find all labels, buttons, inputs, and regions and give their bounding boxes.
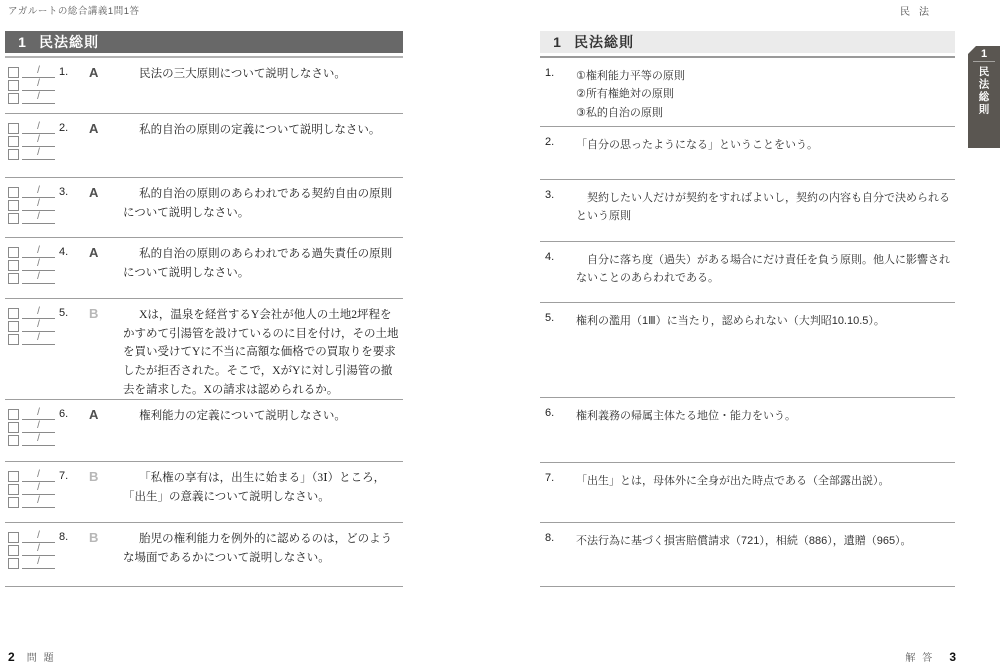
- question-number: 5.: [59, 306, 89, 399]
- attempt-date-line: /: [22, 258, 55, 271]
- attempt-checkbox: [8, 435, 19, 446]
- attempt-date-line: /: [22, 147, 55, 160]
- question-grade: B: [89, 469, 123, 522]
- attempt-date-line: /: [22, 271, 55, 284]
- answer-row: 8. 不法行為に基づく損害賠償請求（721），相続（886），遺贈（965）。: [540, 523, 955, 587]
- page-number-left: 2: [8, 650, 15, 664]
- attempt-checkbox: [8, 93, 19, 104]
- chapter-tab-number: 1: [973, 46, 995, 62]
- questions-page: 1 民法総則 / / / 1. A 民法の三大原則について説明しなさい。 / /…: [5, 31, 403, 587]
- attempt-date-line: /: [22, 543, 55, 556]
- answer-number: 4.: [540, 251, 576, 302]
- question-row: / / / 1. A 民法の三大原則について説明しなさい。: [5, 58, 403, 114]
- attempt-checkboxes: / / /: [5, 407, 59, 461]
- answer-text: 「自分の思ったようになる」ということをいう。: [576, 136, 955, 179]
- answer-number: 7.: [540, 472, 576, 522]
- attempt-checkbox: [8, 558, 19, 569]
- section-header-bar: 1 民法総則: [5, 31, 403, 53]
- question-row: / / / 7. B 「私権の享有は，出生に始まる」（3Ⅰ）ところ，「出生」の意…: [5, 462, 403, 523]
- answer-number: 8.: [540, 532, 576, 586]
- answer-row: 6. 権利義務の帰属主体たる地位・能力をいう。: [540, 398, 955, 463]
- answer-text: 不法行為に基づく損害賠償請求（721），相続（886），遺贈（965）。: [576, 532, 955, 586]
- attempt-date-line: /: [22, 65, 55, 78]
- question-grade: B: [89, 530, 123, 586]
- question-row: / / / 5. B Xは，温泉を経営するY会社が他人の土地2坪程をかすめて引湯…: [5, 299, 403, 400]
- answer-row: 5. 権利の濫用（1Ⅲ）に当たり，認められない（大判昭10.10.5）。: [540, 303, 955, 398]
- question-text: 私的自治の原則の定義について説明しなさい。: [123, 121, 403, 177]
- attempt-checkbox: [8, 67, 19, 78]
- question-grade: B: [89, 306, 123, 399]
- attempt-checkbox: [8, 136, 19, 147]
- attempt-checkbox: [8, 200, 19, 211]
- attempt-checkbox: [8, 260, 19, 271]
- attempt-checkbox: [8, 273, 19, 284]
- question-row: / / / 4. A 私的自治の原則のあらわれである過失責任の原則について説明し…: [5, 238, 403, 299]
- question-number: 1.: [59, 65, 89, 113]
- section-number: 1: [540, 34, 574, 50]
- question-row: / / / 8. B 胎児の権利能力を例外的に認めるのは，どのような場面であるか…: [5, 523, 403, 587]
- question-grade: A: [89, 185, 123, 237]
- attempt-date-line: /: [22, 211, 55, 224]
- attempt-date-line: /: [22, 433, 55, 446]
- attempt-date-line: /: [22, 121, 55, 134]
- question-text: 権利能力の定義について説明しなさい。: [123, 407, 403, 461]
- attempt-checkbox: [8, 123, 19, 134]
- footer-answers: 解答3: [905, 649, 956, 664]
- question-number: 3.: [59, 185, 89, 237]
- answer-number: 3.: [540, 189, 576, 241]
- page-number-right: 3: [949, 650, 956, 664]
- attempt-date-line: /: [22, 482, 55, 495]
- attempt-checkbox: [8, 471, 19, 482]
- attempt-checkboxes: / / /: [5, 245, 59, 298]
- chapter-thumb-tab: 1 民法総則: [968, 46, 1000, 148]
- attempt-date-line: /: [22, 420, 55, 433]
- attempt-date-line: /: [22, 306, 55, 319]
- attempt-checkboxes: / / /: [5, 530, 59, 586]
- answer-number: 6.: [540, 407, 576, 462]
- attempt-date-line: /: [22, 78, 55, 91]
- section-title: 民法総則: [39, 32, 99, 52]
- question-number: 8.: [59, 530, 89, 586]
- answer-row: 1. ①権利能力平等の原則 ②所有権絶対の原則 ③私的自治の原則: [540, 58, 955, 127]
- answer-row: 7. 「出生」とは，母体外に全身が出た時点である（全部露出説）。: [540, 463, 955, 523]
- answer-row: 3. 契約したい人だけが契約をすればよいし，契約の内容も自分で決められるという原…: [540, 180, 955, 242]
- question-number: 4.: [59, 245, 89, 298]
- footer-questions: 2問題: [8, 649, 61, 664]
- section-number: 1: [5, 34, 39, 50]
- question-row: / / / 6. A 権利能力の定義について説明しなさい。: [5, 400, 403, 462]
- question-text: 私的自治の原則のあらわれである契約自由の原則について説明しなさい。: [123, 185, 403, 237]
- attempt-date-line: /: [22, 198, 55, 211]
- section-header-bar: 1 民法総則: [540, 31, 955, 53]
- attempt-checkbox: [8, 545, 19, 556]
- question-number: 7.: [59, 469, 89, 522]
- section-title: 民法総則: [574, 32, 634, 52]
- answer-text: 契約したい人だけが契約をすればよいし，契約の内容も自分で決められるという原則: [576, 189, 955, 241]
- attempt-checkboxes: / / /: [5, 306, 59, 399]
- attempt-date-line: /: [22, 332, 55, 345]
- answer-text: 自分に落ち度（過失）がある場合にだけ責任を負う原則。他人に影響されないことのあら…: [576, 251, 955, 302]
- answer-text: 権利義務の帰属主体たる地位・能力をいう。: [576, 407, 955, 462]
- attempt-date-line: /: [22, 495, 55, 508]
- answer-number: 2.: [540, 136, 576, 179]
- answers-page: 1 民法総則 1. ①権利能力平等の原則 ②所有権絶対の原則 ③私的自治の原則 …: [540, 31, 955, 587]
- attempt-checkboxes: / / /: [5, 121, 59, 177]
- question-text: 私的自治の原則のあらわれである過失責任の原則について説明しなさい。: [123, 245, 403, 298]
- attempt-checkbox: [8, 308, 19, 319]
- attempt-date-line: /: [22, 134, 55, 147]
- answer-row: 4. 自分に落ち度（過失）がある場合にだけ責任を負う原則。他人に影響されないこと…: [540, 242, 955, 303]
- answer-number: 5.: [540, 312, 576, 397]
- attempt-checkboxes: / / /: [5, 469, 59, 522]
- question-grade: A: [89, 407, 123, 461]
- answer-text: 「出生」とは，母体外に全身が出た時点である（全部露出説）。: [576, 472, 955, 522]
- question-text: 民法の三大原則について説明しなさい。: [123, 65, 403, 113]
- question-grade: A: [89, 65, 123, 113]
- attempt-checkbox: [8, 187, 19, 198]
- question-text: 胎児の権利能力を例外的に認めるのは，どのような場面であるかについて説明しなさい。: [123, 530, 403, 586]
- attempt-date-line: /: [22, 185, 55, 198]
- question-number: 6.: [59, 407, 89, 461]
- attempt-date-line: /: [22, 319, 55, 332]
- question-text: Xは，温泉を経営するY会社が他人の土地2坪程をかすめて引湯管を設けているのに目を…: [123, 306, 403, 399]
- page-label-right: 解答: [905, 653, 939, 664]
- attempt-checkbox: [8, 321, 19, 332]
- attempt-date-line: /: [22, 530, 55, 543]
- attempt-checkbox: [8, 532, 19, 543]
- question-row: / / / 3. A 私的自治の原則のあらわれである契約自由の原則について説明し…: [5, 178, 403, 238]
- chapter-tab-title: 民法総則: [977, 66, 992, 116]
- attempt-checkboxes: / / /: [5, 65, 59, 113]
- question-row: / / / 2. A 私的自治の原則の定義について説明しなさい。: [5, 114, 403, 178]
- attempt-checkbox: [8, 484, 19, 495]
- attempt-checkbox: [8, 422, 19, 433]
- attempt-date-line: /: [22, 407, 55, 420]
- answer-text: 権利の濫用（1Ⅲ）に当たり，認められない（大判昭10.10.5）。: [576, 312, 955, 397]
- attempt-checkbox: [8, 213, 19, 224]
- running-head-subject: 民法: [900, 3, 938, 18]
- question-number: 2.: [59, 121, 89, 177]
- attempt-date-line: /: [22, 556, 55, 569]
- attempt-date-line: /: [22, 469, 55, 482]
- attempt-checkboxes: / / /: [5, 185, 59, 237]
- attempt-checkbox: [8, 247, 19, 258]
- question-grade: A: [89, 245, 123, 298]
- answer-row: 2. 「自分の思ったようになる」ということをいう。: [540, 127, 955, 180]
- question-grade: A: [89, 121, 123, 177]
- attempt-checkbox: [8, 409, 19, 420]
- attempt-date-line: /: [22, 91, 55, 104]
- page-label-left: 問題: [27, 653, 61, 664]
- attempt-checkbox: [8, 497, 19, 508]
- answer-number: 1.: [540, 67, 576, 126]
- attempt-checkbox: [8, 80, 19, 91]
- running-head-book-title: アガルートの総合講義1問1答: [8, 3, 139, 17]
- attempt-checkbox: [8, 334, 19, 345]
- answer-text: ①権利能力平等の原則 ②所有権絶対の原則 ③私的自治の原則: [576, 67, 955, 126]
- attempt-date-line: /: [22, 245, 55, 258]
- attempt-checkbox: [8, 149, 19, 160]
- question-text: 「私権の享有は，出生に始まる」（3Ⅰ）ところ，「出生」の意義について説明しなさい…: [123, 469, 403, 522]
